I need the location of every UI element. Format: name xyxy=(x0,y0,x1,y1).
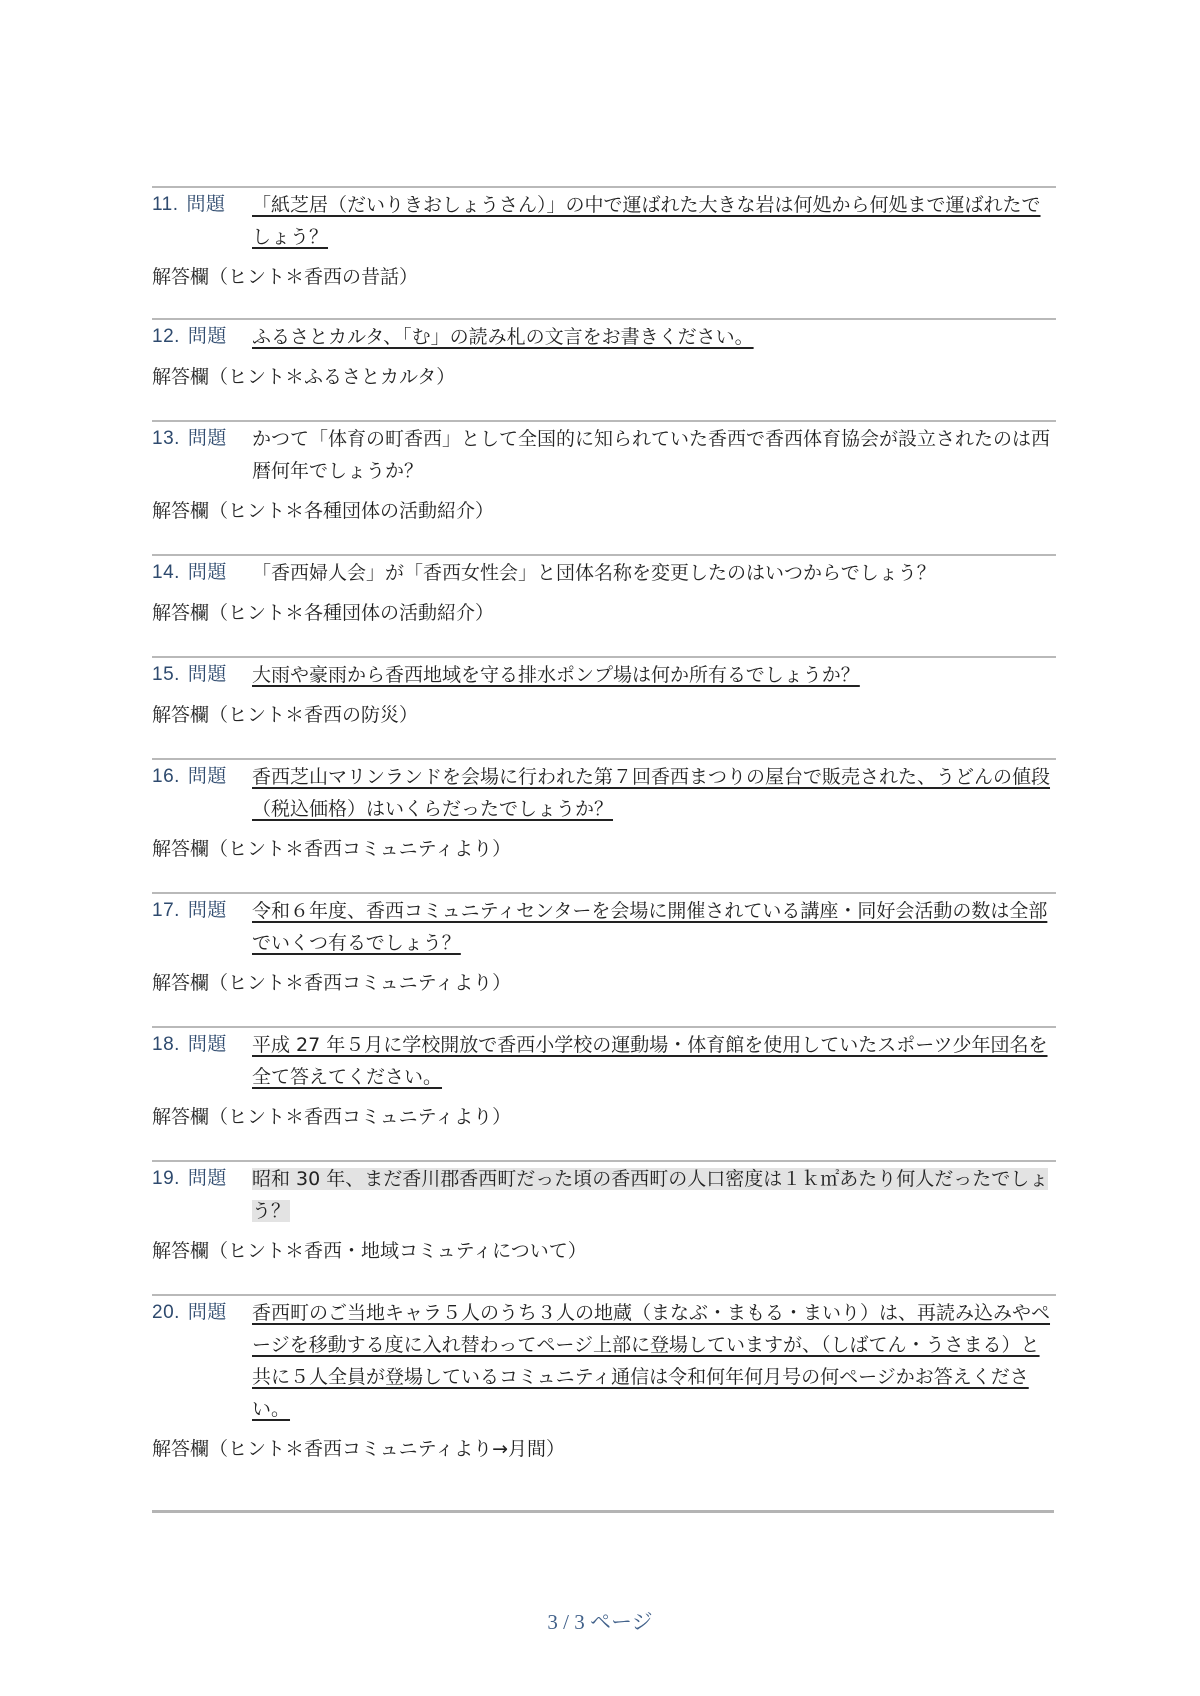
page-indicator: 3 / 3 ページ xyxy=(0,1606,1200,1636)
question-19: 19.問題 昭和 30 年、まだ香川郡香西町だった頃の香西町の人口密度は１ｋ㎡あ… xyxy=(152,1160,1056,1265)
question-number: 16.問題 xyxy=(152,761,227,793)
question-text: 「紙芝居（だいりきおしょうさん）」の中で運ばれた大きな岩は何処から何処まで運ばれ… xyxy=(252,194,1041,248)
question-number: 13.問題 xyxy=(152,423,227,455)
question-number: 19.問題 xyxy=(152,1163,227,1195)
answer-field-label[interactable]: 解答欄（ヒント＊香西コミュニティより） xyxy=(152,969,1056,997)
answer-field-label[interactable]: 解答欄（ヒント＊香西の昔話） xyxy=(152,263,1056,291)
answer-field-label[interactable]: 解答欄（ヒント＊香西コミュニティより） xyxy=(152,835,1056,863)
bottom-divider xyxy=(152,1510,1054,1513)
answer-field-label[interactable]: 解答欄（ヒント＊香西コミュニティより→月間） xyxy=(152,1435,1056,1463)
question-text: 平成 27 年５月に学校開放で香西小学校の運動場・体育館を使用していたスポーツ少… xyxy=(252,1034,1048,1088)
question-16: 16.問題 香西芝山マリンランドを会場に行われた第７回香西まつりの屋台で販売され… xyxy=(152,758,1056,863)
answer-field-label[interactable]: 解答欄（ヒント＊各種団体の活動紹介） xyxy=(152,599,1056,627)
question-11: 11.問題 「紙芝居（だいりきおしょうさん）」の中で運ばれた大きな岩は何処から何… xyxy=(152,186,1056,291)
question-text: 大雨や豪雨から香西地域を守る排水ポンプ場は何か所有るでしょうか？ xyxy=(252,664,860,686)
question-number: 18.問題 xyxy=(152,1029,227,1061)
question-15: 15.問題 大雨や豪雨から香西地域を守る排水ポンプ場は何か所有るでしょうか？ 解… xyxy=(152,656,1056,729)
question-20: 20.問題 香西町のご当地キャラ５人のうち３人の地蔵（まなぶ・まもる・まいり）は… xyxy=(152,1294,1056,1463)
question-number: 12.問題 xyxy=(152,321,227,353)
question-number: 15.問題 xyxy=(152,659,227,691)
question-17: 17.問題 令和６年度、香西コミュニティセンターを会場に開催されている講座・同好… xyxy=(152,892,1056,997)
question-number: 11.問題 xyxy=(152,189,226,221)
answer-field-label[interactable]: 解答欄（ヒント＊各種団体の活動紹介） xyxy=(152,497,1056,525)
question-text: 昭和 30 年、まだ香川郡香西町だった頃の香西町の人口密度は１ｋ㎡あたり何人だっ… xyxy=(252,1168,1048,1222)
answer-field-label[interactable]: 解答欄（ヒント＊香西・地域コミュティについて） xyxy=(152,1237,1056,1265)
question-text: 令和６年度、香西コミュニティセンターを会場に開催されている講座・同好会活動の数は… xyxy=(252,900,1047,954)
question-number: 14.問題 xyxy=(152,557,227,589)
question-text: ふるさとカルタ、「む」の読み札の文言をお書きください。 xyxy=(252,326,754,348)
question-12: 12.問題 ふるさとカルタ、「む」の読み札の文言をお書きください。 解答欄（ヒン… xyxy=(152,318,1056,391)
question-text: 「香西婦人会」が「香西女性会」と団体名称を変更したのはいつからでしょう？ xyxy=(252,562,936,584)
question-text: 香西町のご当地キャラ５人のうち３人の地蔵（まなぶ・まもる・まいり）は、再読み込み… xyxy=(252,1302,1050,1420)
question-text: かつて「体育の町香西」として全国的に知られていた香西で香西体育協会が設立されたの… xyxy=(252,428,1050,482)
question-14: 14.問題 「香西婦人会」が「香西女性会」と団体名称を変更したのはいつからでしょ… xyxy=(152,554,1056,627)
question-13: 13.問題 かつて「体育の町香西」として全国的に知られていた香西で香西体育協会が… xyxy=(152,420,1056,525)
question-text: 香西芝山マリンランドを会場に行われた第７回香西まつりの屋台で販売された、うどんの… xyxy=(252,766,1050,820)
question-number: 20.問題 xyxy=(152,1297,227,1329)
question-18: 18.問題 平成 27 年５月に学校開放で香西小学校の運動場・体育館を使用してい… xyxy=(152,1026,1056,1131)
answer-field-label[interactable]: 解答欄（ヒント＊香西の防災） xyxy=(152,701,1056,729)
answer-field-label[interactable]: 解答欄（ヒント＊ふるさとカルタ） xyxy=(152,363,1056,391)
answer-field-label[interactable]: 解答欄（ヒント＊香西コミュニティより） xyxy=(152,1103,1056,1131)
question-number: 17.問題 xyxy=(152,895,227,927)
